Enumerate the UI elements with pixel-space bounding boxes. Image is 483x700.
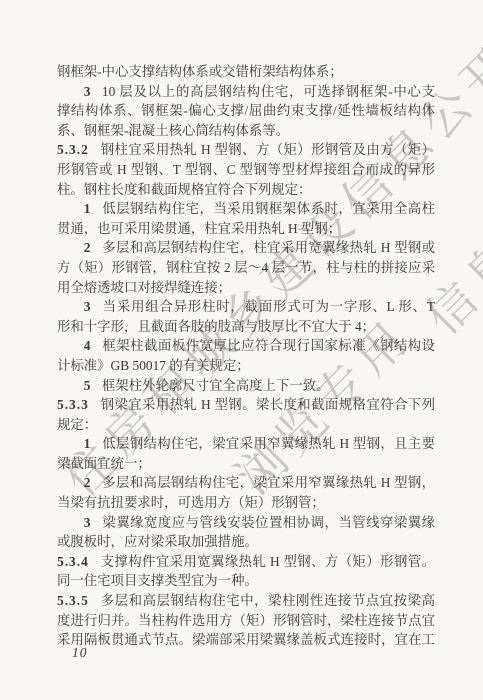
line-text: 钢梁宜采用热轧 H 型钢。梁长度和截面规格宜符合下列 xyxy=(100,397,435,412)
line-text: 柱。钢柱长度和截面规格宜符合下列规定： xyxy=(57,182,311,197)
line-text: 规定： xyxy=(57,417,97,432)
text-line: 5.3.5多层和高层钢结构住宅中，梁柱刚性连接节点宜按梁高 xyxy=(57,591,435,611)
text-line: 2多层和高层钢结构住宅，柱宜采用宽翼缘热轧 H 型钢或 xyxy=(57,238,435,258)
item-number: 4 xyxy=(84,338,91,353)
text-line: 用全熔透坡口对接焊缝连接； xyxy=(57,278,435,298)
text-line: 4框架柱截面板件宽厚比应符合现行国家标准《钢结构设 xyxy=(57,336,435,356)
line-text: 贯通，也可采用梁贯通，柱宜采用热轧 H 型钢； xyxy=(57,221,341,236)
text-line: 度进行归并。当柱构件选用方（矩）形钢管时，梁柱连接节点宜 xyxy=(57,611,435,631)
text-line: 3当采用组合异形柱时，截面形式可为一字形、L 形、T xyxy=(57,297,435,317)
line-text: 当梁有抗扭要求时，可选用方（矩）形钢管； xyxy=(57,495,325,510)
text-line: 梁截面宜统一； xyxy=(57,454,435,474)
text-line: 形和十字形，且截面各肢的肢高与肢厚比不宜大于 4； xyxy=(57,317,435,337)
line-text: 同一住宅项目支撑类型宜为一种。 xyxy=(57,573,258,588)
line-text: 度进行归并。当柱构件选用方（矩）形钢管时，梁柱连接节点宜 xyxy=(57,613,435,628)
line-text: 框架柱外轮廓尺寸宜全高度上下一致。 xyxy=(102,378,330,393)
item-number: 5 xyxy=(84,378,91,393)
text-line: 形钢管或 H 型钢、T 型钢、C 型钢等型材焊接组合而成的异形 xyxy=(57,160,435,180)
item-number: 3 xyxy=(84,84,91,99)
text-line: 5.3.3钢梁宜采用热轧 H 型钢。梁长度和截面规格宜符合下列 xyxy=(57,395,435,415)
text-line: 或腹板时，应对梁采取加强措施。 xyxy=(57,532,435,552)
line-text: 钢框架-中心支撑结构体系或交错桁架结构体系； xyxy=(57,64,343,79)
line-text: 形和十字形，且截面各肢的肢高与肢厚比不宜大于 4； xyxy=(57,319,375,334)
line-text: 钢柱宜采用热轧 H 型钢、方（矩）形钢管及由方（矩） xyxy=(100,142,435,157)
page-body-text: 钢框架-中心支撑结构体系或交错桁架结构体系；310 层及以上的高层钢结构住宅，可… xyxy=(57,62,435,650)
line-text: 形钢管或 H 型钢、T 型钢、C 型钢等型材焊接组合而成的异形 xyxy=(57,162,435,177)
text-line: 310 层及以上的高层钢结构住宅，可选择钢框架-中心支 xyxy=(57,82,435,102)
line-text: 梁截面宜统一； xyxy=(57,456,151,471)
text-line: 撑结构体系、钢框架-偏心支撑/屈曲约束支撑/延性墙板结构体 xyxy=(57,101,435,121)
clause-number: 5.3.4 xyxy=(57,554,89,569)
line-text: 多层和高层钢结构住宅，梁宜采用窄翼缘热轧 H 型钢， xyxy=(102,475,435,490)
text-line: 1低层钢结构住宅，梁宜采用窄翼缘热轧 H 型钢，且主要 xyxy=(57,434,435,454)
line-text: 低层钢结构住宅，当采用钢框架体系时，宜采用全高柱 xyxy=(102,201,435,216)
line-text: 多层和高层钢结构住宅中，梁柱刚性连接节点宜按梁高 xyxy=(100,593,435,608)
text-line: 方（矩）形钢管，钢柱宜按 2 层～4 层一节，柱与柱的拼接应采 xyxy=(57,258,435,278)
page-number: 10 xyxy=(72,645,88,661)
text-line: 计标准》GB 50017 的有关规定； xyxy=(57,356,435,376)
line-text: 系、钢框架-混凝土核心筒结构体系等。 xyxy=(57,123,289,138)
line-text: 用全熔透坡口对接焊缝连接； xyxy=(57,280,231,295)
clause-number: 5.3.3 xyxy=(57,397,89,412)
item-number: 2 xyxy=(84,475,91,490)
line-text: 支撑构件宜采用宽翼缘热轧 H 型钢、方（矩）形钢管。 xyxy=(100,554,435,569)
clause-number: 5.3.2 xyxy=(57,142,89,157)
line-text: 或腹板时，应对梁采取加强措施。 xyxy=(57,534,258,549)
text-line: 5框架柱外轮廓尺寸宜全高度上下一致。 xyxy=(57,376,435,396)
text-line: 系、钢框架-混凝土核心筒结构体系等。 xyxy=(57,121,435,141)
text-line: 柱。钢柱长度和截面规格宜符合下列规定： xyxy=(57,180,435,200)
item-number: 1 xyxy=(84,436,91,451)
line-text: 计标准》GB 50017 的有关规定； xyxy=(57,358,250,373)
text-line: 5.3.4支撑构件宜采用宽翼缘热轧 H 型钢、方（矩）形钢管。 xyxy=(57,552,435,572)
item-number: 2 xyxy=(84,240,91,255)
line-text: 撑结构体系、钢框架-偏心支撑/屈曲约束支撑/延性墙板结构体 xyxy=(57,103,435,118)
clause-number: 5.3.5 xyxy=(57,593,89,608)
line-text: 方（矩）形钢管，钢柱宜按 2 层～4 层一节，柱与柱的拼接应采 xyxy=(57,260,435,275)
line-text: 当采用组合异形柱时，截面形式可为一字形、L 形、T xyxy=(102,299,435,314)
text-line: 采用隔板贯通式节点。梁端部采用梁翼缘盖板式连接时，宜在工 xyxy=(57,630,435,650)
line-text: 梁翼缘宽度应与管线安装位置相协调，当管线穿梁翼缘 xyxy=(102,515,435,530)
line-text: 10 层及以上的高层钢结构住宅，可选择钢框架-中心支 xyxy=(102,84,435,99)
line-text: 多层和高层钢结构住宅，柱宜采用宽翼缘热轧 H 型钢或 xyxy=(102,240,435,255)
line-text: 低层钢结构住宅，梁宜采用窄翼缘热轧 H 型钢，且主要 xyxy=(102,436,435,451)
text-line: 贯通，也可采用梁贯通，柱宜采用热轧 H 型钢； xyxy=(57,219,435,239)
item-number: 3 xyxy=(84,299,91,314)
text-line: 3梁翼缘宽度应与管线安装位置相协调，当管线穿梁翼缘 xyxy=(57,513,435,533)
text-line: 5.3.2钢柱宜采用热轧 H 型钢、方（矩）形钢管及由方（矩） xyxy=(57,140,435,160)
line-text: 采用隔板贯通式节点。梁端部采用梁翼缘盖板式连接时，宜在工 xyxy=(57,632,435,647)
text-line: 钢框架-中心支撑结构体系或交错桁架结构体系； xyxy=(57,62,435,82)
line-text: 框架柱截面板件宽厚比应符合现行国家标准《钢结构设 xyxy=(102,338,435,353)
text-line: 同一住宅项目支撑类型宜为一种。 xyxy=(57,571,435,591)
document-page: 住房和城乡建设信息公开 浏览专用 信息公开 钢框架-中心支撑结构体系或交错桁架结… xyxy=(0,0,483,700)
item-number: 1 xyxy=(84,201,91,216)
item-number: 3 xyxy=(84,515,91,530)
text-line: 规定： xyxy=(57,415,435,435)
text-line: 2多层和高层钢结构住宅，梁宜采用窄翼缘热轧 H 型钢， xyxy=(57,473,435,493)
text-line: 当梁有抗扭要求时，可选用方（矩）形钢管； xyxy=(57,493,435,513)
text-line: 1低层钢结构住宅，当采用钢框架体系时，宜采用全高柱 xyxy=(57,199,435,219)
